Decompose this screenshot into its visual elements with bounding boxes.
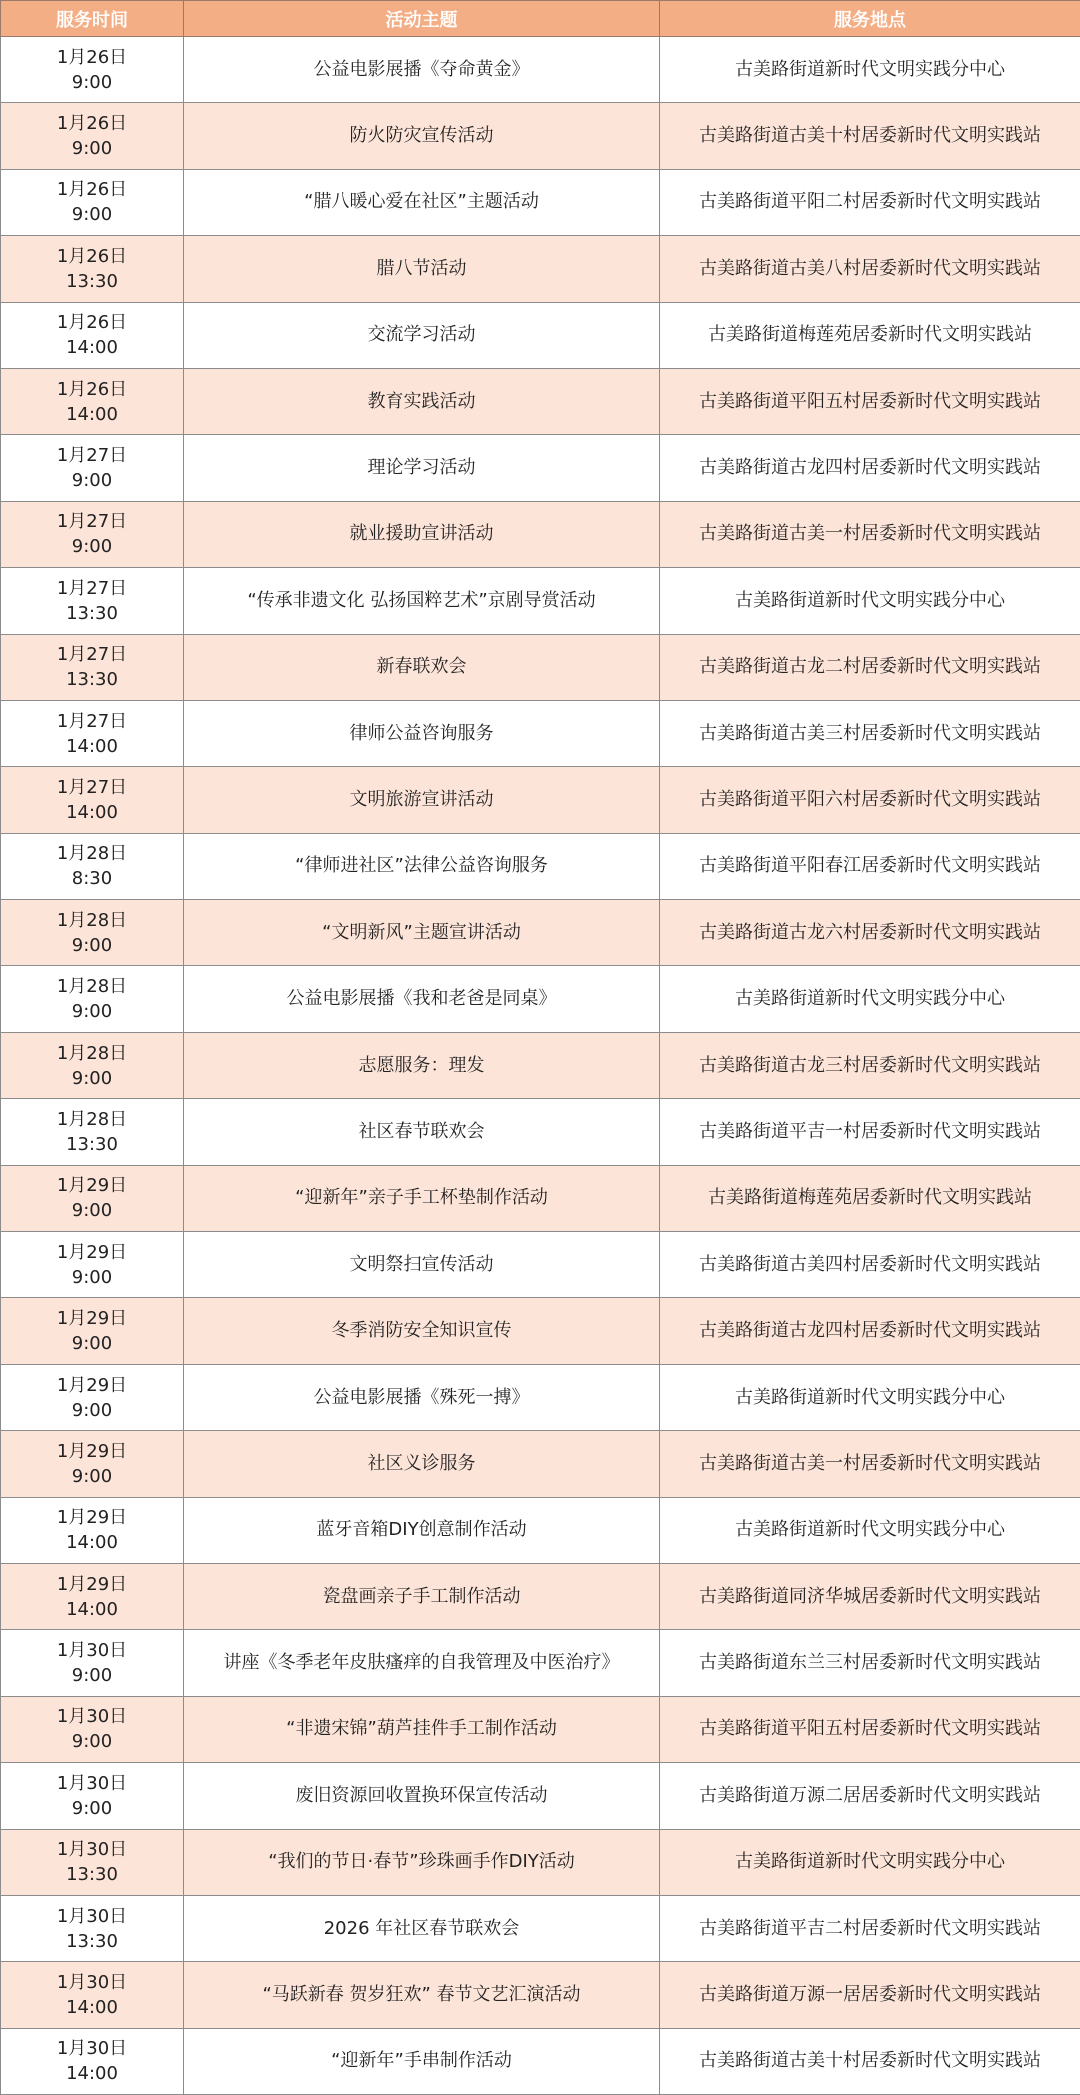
service-date: 1月28日 [5, 908, 179, 933]
service-clock-time: 14:00 [5, 335, 179, 360]
service-time-cell: 1月27日9:00 [1, 501, 184, 567]
service-location-cell: 古美路街道万源一居居委新时代文明实践站 [660, 1962, 1080, 2028]
service-date: 1月26日 [5, 244, 179, 269]
service-date: 1月28日 [5, 1041, 179, 1066]
table-row: 1月28日13:30社区春节联欢会古美路街道平吉一村居委新时代文明实践站 [1, 1099, 1080, 1165]
table-row: 1月26日14:00教育实践活动古美路街道平阳五村居委新时代文明实践站 [1, 368, 1080, 434]
activity-topic-cell: 律师公益咨询服务 [184, 700, 660, 766]
service-time-cell: 1月29日9:00 [1, 1298, 184, 1364]
service-location-cell: 古美路街道古龙三村居委新时代文明实践站 [660, 1032, 1080, 1098]
service-time-cell: 1月30日9:00 [1, 1763, 184, 1829]
service-date: 1月30日 [5, 1970, 179, 1995]
service-location-cell: 古美路街道新时代文明实践分中心 [660, 1829, 1080, 1895]
service-date: 1月27日 [5, 443, 179, 468]
activity-topic-cell: 新春联欢会 [184, 634, 660, 700]
table-row: 1月26日14:00交流学习活动古美路街道梅莲苑居委新时代文明实践站 [1, 302, 1080, 368]
service-clock-time: 13:30 [5, 1929, 179, 1954]
activity-topic-cell: 就业援助宣讲活动 [184, 501, 660, 567]
activity-topic-cell: “迎新年”手串制作活动 [184, 2028, 660, 2094]
table-row: 1月27日14:00律师公益咨询服务古美路街道古美三村居委新时代文明实践站 [1, 700, 1080, 766]
service-clock-time: 9:00 [5, 1663, 179, 1688]
service-clock-time: 13:30 [5, 269, 179, 294]
service-date: 1月29日 [5, 1240, 179, 1265]
activity-topic-cell: 瓷盘画亲子手工制作活动 [184, 1563, 660, 1629]
service-date: 1月29日 [5, 1373, 179, 1398]
activity-topic-cell: 公益电影展播《我和老爸是同桌》 [184, 966, 660, 1032]
service-location-cell: 古美路街道万源二居居委新时代文明实践站 [660, 1763, 1080, 1829]
service-date: 1月28日 [5, 974, 179, 999]
table-body: 1月26日9:00公益电影展播《夺命黄金》古美路街道新时代文明实践分中心1月26… [1, 37, 1080, 2095]
service-time-cell: 1月29日14:00 [1, 1563, 184, 1629]
service-location-cell: 古美路街道新时代文明实践分中心 [660, 966, 1080, 1032]
service-clock-time: 9:00 [5, 468, 179, 493]
table-row: 1月30日13:302026 年社区春节联欢会古美路街道平吉二村居委新时代文明实… [1, 1895, 1080, 1961]
service-location-cell: 古美路街道平阳五村居委新时代文明实践站 [660, 1696, 1080, 1762]
table-row: 1月29日9:00“迎新年”亲子手工杯垫制作活动古美路街道梅莲苑居委新时代文明实… [1, 1165, 1080, 1231]
service-date: 1月30日 [5, 1837, 179, 1862]
service-time-cell: 1月27日13:30 [1, 634, 184, 700]
service-clock-time: 9:00 [5, 1066, 179, 1091]
service-location-cell: 古美路街道平阳六村居委新时代文明实践站 [660, 767, 1080, 833]
service-date: 1月28日 [5, 1107, 179, 1132]
service-clock-time: 9:00 [5, 1729, 179, 1754]
table-row: 1月27日14:00文明旅游宣讲活动古美路街道平阳六村居委新时代文明实践站 [1, 767, 1080, 833]
service-date: 1月30日 [5, 1771, 179, 1796]
activity-topic-cell: 文明祭扫宣传活动 [184, 1232, 660, 1298]
service-location-cell: 古美路街道新时代文明实践分中心 [660, 37, 1080, 103]
table-row: 1月28日9:00“文明新风”主题宣讲活动古美路街道古龙六村居委新时代文明实践站 [1, 900, 1080, 966]
activity-topic-cell: 交流学习活动 [184, 302, 660, 368]
activity-topic-cell: 2026 年社区春节联欢会 [184, 1895, 660, 1961]
table-row: 1月28日9:00公益电影展播《我和老爸是同桌》古美路街道新时代文明实践分中心 [1, 966, 1080, 1032]
service-clock-time: 9:00 [5, 1265, 179, 1290]
table-row: 1月27日9:00就业援助宣讲活动古美路街道古美一村居委新时代文明实践站 [1, 501, 1080, 567]
service-date: 1月27日 [5, 642, 179, 667]
service-date: 1月26日 [5, 45, 179, 70]
activity-topic-cell: 教育实践活动 [184, 368, 660, 434]
service-location-cell: 古美路街道新时代文明实践分中心 [660, 1497, 1080, 1563]
service-time-cell: 1月30日9:00 [1, 1630, 184, 1696]
service-location-cell: 古美路街道古龙二村居委新时代文明实践站 [660, 634, 1080, 700]
service-date: 1月26日 [5, 377, 179, 402]
service-time-cell: 1月27日9:00 [1, 435, 184, 501]
service-location-cell: 古美路街道古龙四村居委新时代文明实践站 [660, 435, 1080, 501]
activity-topic-cell: 公益电影展播《夺命黄金》 [184, 37, 660, 103]
service-location-cell: 古美路街道古龙六村居委新时代文明实践站 [660, 900, 1080, 966]
table-row: 1月30日9:00“非遗宋锦”葫芦挂件手工制作活动古美路街道平阳五村居委新时代文… [1, 1696, 1080, 1762]
service-date: 1月28日 [5, 841, 179, 866]
activity-topic-cell: “律师进社区”法律公益咨询服务 [184, 833, 660, 899]
service-time-cell: 1月26日9:00 [1, 103, 184, 169]
service-time-cell: 1月29日9:00 [1, 1364, 184, 1430]
table-row: 1月30日9:00废旧资源回收置换环保宣传活动古美路街道万源二居居委新时代文明实… [1, 1763, 1080, 1829]
activity-topic-cell: 理论学习活动 [184, 435, 660, 501]
service-time-cell: 1月30日9:00 [1, 1696, 184, 1762]
activity-topic-cell: 蓝牙音箱DIY创意制作活动 [184, 1497, 660, 1563]
service-clock-time: 9:00 [5, 1796, 179, 1821]
service-clock-time: 9:00 [5, 534, 179, 559]
service-location-cell: 古美路街道平吉一村居委新时代文明实践站 [660, 1099, 1080, 1165]
service-clock-time: 13:30 [5, 1862, 179, 1887]
table-row: 1月27日9:00理论学习活动古美路街道古龙四村居委新时代文明实践站 [1, 435, 1080, 501]
activity-topic-cell: “传承非遗文化 弘扬国粹艺术”京剧导赏活动 [184, 568, 660, 634]
service-clock-time: 9:00 [5, 70, 179, 95]
service-date: 1月27日 [5, 775, 179, 800]
service-location-cell: 古美路街道古美十村居委新时代文明实践站 [660, 103, 1080, 169]
service-location-cell: 古美路街道古美八村居委新时代文明实践站 [660, 236, 1080, 302]
service-location-cell: 古美路街道新时代文明实践分中心 [660, 1364, 1080, 1430]
service-clock-time: 14:00 [5, 402, 179, 427]
service-date: 1月30日 [5, 1904, 179, 1929]
service-date: 1月29日 [5, 1439, 179, 1464]
service-location-cell: 古美路街道平阳春江居委新时代文明实践站 [660, 833, 1080, 899]
header-service-time: 服务时间 [1, 1, 184, 37]
service-clock-time: 9:00 [5, 1464, 179, 1489]
service-location-cell: 古美路街道平阳二村居委新时代文明实践站 [660, 169, 1080, 235]
service-time-cell: 1月28日13:30 [1, 1099, 184, 1165]
activity-topic-cell: 冬季消防安全知识宣传 [184, 1298, 660, 1364]
activity-topic-cell: 文明旅游宣讲活动 [184, 767, 660, 833]
table-row: 1月26日9:00防火防灾宣传活动古美路街道古美十村居委新时代文明实践站 [1, 103, 1080, 169]
service-clock-time: 14:00 [5, 800, 179, 825]
service-location-cell: 古美路街道梅莲苑居委新时代文明实践站 [660, 302, 1080, 368]
service-location-cell: 古美路街道古美十村居委新时代文明实践站 [660, 2028, 1080, 2094]
service-date: 1月29日 [5, 1572, 179, 1597]
table-row: 1月27日13:30“传承非遗文化 弘扬国粹艺术”京剧导赏活动古美路街道新时代文… [1, 568, 1080, 634]
service-location-cell: 古美路街道新时代文明实践分中心 [660, 568, 1080, 634]
table-row: 1月26日9:00公益电影展播《夺命黄金》古美路街道新时代文明实践分中心 [1, 37, 1080, 103]
service-time-cell: 1月29日9:00 [1, 1165, 184, 1231]
activity-topic-cell: “非遗宋锦”葫芦挂件手工制作活动 [184, 1696, 660, 1762]
service-clock-time: 9:00 [5, 1331, 179, 1356]
activity-topic-cell: 废旧资源回收置换环保宣传活动 [184, 1763, 660, 1829]
service-time-cell: 1月27日14:00 [1, 700, 184, 766]
service-time-cell: 1月26日9:00 [1, 37, 184, 103]
service-clock-time: 9:00 [5, 933, 179, 958]
service-date: 1月30日 [5, 2036, 179, 2061]
service-date: 1月26日 [5, 310, 179, 335]
service-clock-time: 14:00 [5, 734, 179, 759]
service-date: 1月27日 [5, 509, 179, 534]
service-time-cell: 1月28日9:00 [1, 966, 184, 1032]
service-date: 1月29日 [5, 1173, 179, 1198]
activity-topic-cell: “我们的节日·春节”珍珠画手作DIY活动 [184, 1829, 660, 1895]
activity-topic-cell: 公益电影展播《殊死一搏》 [184, 1364, 660, 1430]
service-clock-time: 9:00 [5, 999, 179, 1024]
activity-topic-cell: 社区义诊服务 [184, 1431, 660, 1497]
activity-topic-cell: 防火防灾宣传活动 [184, 103, 660, 169]
activity-schedule-table: 服务时间 活动主题 服务地点 1月26日9:00公益电影展播《夺命黄金》古美路街… [0, 0, 1080, 2095]
service-time-cell: 1月29日9:00 [1, 1431, 184, 1497]
table-row: 1月30日9:00讲座《冬季老年皮肤瘙痒的自我管理及中医治疗》古美路街道东兰三村… [1, 1630, 1080, 1696]
service-location-cell: 古美路街道古美一村居委新时代文明实践站 [660, 501, 1080, 567]
activity-topic-cell: “腊八暖心爱在社区”主题活动 [184, 169, 660, 235]
table-header: 服务时间 活动主题 服务地点 [1, 1, 1080, 37]
table-row: 1月29日9:00文明祭扫宣传活动古美路街道古美四村居委新时代文明实践站 [1, 1232, 1080, 1298]
service-clock-time: 9:00 [5, 202, 179, 227]
service-location-cell: 古美路街道东兰三村居委新时代文明实践站 [660, 1630, 1080, 1696]
service-clock-time: 14:00 [5, 1597, 179, 1622]
table-row: 1月28日9:00志愿服务：理发古美路街道古龙三村居委新时代文明实践站 [1, 1032, 1080, 1098]
activity-topic-cell: 讲座《冬季老年皮肤瘙痒的自我管理及中医治疗》 [184, 1630, 660, 1696]
service-time-cell: 1月29日14:00 [1, 1497, 184, 1563]
service-time-cell: 1月26日9:00 [1, 169, 184, 235]
table-row: 1月26日9:00“腊八暖心爱在社区”主题活动古美路街道平阳二村居委新时代文明实… [1, 169, 1080, 235]
activity-topic-cell: 腊八节活动 [184, 236, 660, 302]
service-time-cell: 1月27日14:00 [1, 767, 184, 833]
service-clock-time: 13:30 [5, 601, 179, 626]
service-time-cell: 1月30日13:30 [1, 1829, 184, 1895]
table-row: 1月27日13:30新春联欢会古美路街道古龙二村居委新时代文明实践站 [1, 634, 1080, 700]
service-date: 1月27日 [5, 576, 179, 601]
activity-topic-cell: “文明新风”主题宣讲活动 [184, 900, 660, 966]
header-row: 服务时间 活动主题 服务地点 [1, 1, 1080, 37]
service-time-cell: 1月28日8:30 [1, 833, 184, 899]
table-row: 1月29日9:00社区义诊服务古美路街道古美一村居委新时代文明实践站 [1, 1431, 1080, 1497]
service-date: 1月26日 [5, 177, 179, 202]
service-clock-time: 9:00 [5, 1198, 179, 1223]
service-clock-time: 14:00 [5, 1995, 179, 2020]
service-clock-time: 13:30 [5, 1132, 179, 1157]
service-clock-time: 9:00 [5, 1398, 179, 1423]
service-location-cell: 古美路街道古美一村居委新时代文明实践站 [660, 1431, 1080, 1497]
service-time-cell: 1月30日14:00 [1, 1962, 184, 2028]
service-location-cell: 古美路街道古龙四村居委新时代文明实践站 [660, 1298, 1080, 1364]
service-time-cell: 1月26日14:00 [1, 302, 184, 368]
table-row: 1月29日9:00公益电影展播《殊死一搏》古美路街道新时代文明实践分中心 [1, 1364, 1080, 1430]
service-time-cell: 1月30日13:30 [1, 1895, 184, 1961]
table-row: 1月30日13:30“我们的节日·春节”珍珠画手作DIY活动古美路街道新时代文明… [1, 1829, 1080, 1895]
header-service-location: 服务地点 [660, 1, 1080, 37]
service-location-cell: 古美路街道平吉二村居委新时代文明实践站 [660, 1895, 1080, 1961]
service-time-cell: 1月27日13:30 [1, 568, 184, 634]
activity-topic-cell: 社区春节联欢会 [184, 1099, 660, 1165]
service-clock-time: 9:00 [5, 136, 179, 161]
service-date: 1月29日 [5, 1505, 179, 1530]
service-clock-time: 13:30 [5, 667, 179, 692]
activity-topic-cell: “马跃新春 贺岁狂欢” 春节文艺汇演活动 [184, 1962, 660, 2028]
service-location-cell: 古美路街道梅莲苑居委新时代文明实践站 [660, 1165, 1080, 1231]
table-row: 1月30日14:00“迎新年”手串制作活动古美路街道古美十村居委新时代文明实践站 [1, 2028, 1080, 2094]
service-date: 1月30日 [5, 1638, 179, 1663]
table-row: 1月28日8:30“律师进社区”法律公益咨询服务古美路街道平阳春江居委新时代文明… [1, 833, 1080, 899]
service-time-cell: 1月29日9:00 [1, 1232, 184, 1298]
service-location-cell: 古美路街道古美三村居委新时代文明实践站 [660, 700, 1080, 766]
service-time-cell: 1月26日14:00 [1, 368, 184, 434]
header-activity-topic: 活动主题 [184, 1, 660, 37]
service-location-cell: 古美路街道同济华城居委新时代文明实践站 [660, 1563, 1080, 1629]
service-date: 1月26日 [5, 111, 179, 136]
service-date: 1月27日 [5, 709, 179, 734]
table-row: 1月29日14:00蓝牙音箱DIY创意制作活动古美路街道新时代文明实践分中心 [1, 1497, 1080, 1563]
table-row: 1月29日14:00瓷盘画亲子手工制作活动古美路街道同济华城居委新时代文明实践站 [1, 1563, 1080, 1629]
service-clock-time: 14:00 [5, 2061, 179, 2086]
service-time-cell: 1月28日9:00 [1, 900, 184, 966]
service-time-cell: 1月28日9:00 [1, 1032, 184, 1098]
table-row: 1月30日14:00“马跃新春 贺岁狂欢” 春节文艺汇演活动古美路街道万源一居居… [1, 1962, 1080, 2028]
service-time-cell: 1月30日14:00 [1, 2028, 184, 2094]
service-date: 1月30日 [5, 1704, 179, 1729]
service-location-cell: 古美路街道古美四村居委新时代文明实践站 [660, 1232, 1080, 1298]
service-time-cell: 1月26日13:30 [1, 236, 184, 302]
service-clock-time: 14:00 [5, 1530, 179, 1555]
activity-topic-cell: 志愿服务：理发 [184, 1032, 660, 1098]
activity-topic-cell: “迎新年”亲子手工杯垫制作活动 [184, 1165, 660, 1231]
service-date: 1月29日 [5, 1306, 179, 1331]
service-location-cell: 古美路街道平阳五村居委新时代文明实践站 [660, 368, 1080, 434]
service-clock-time: 8:30 [5, 866, 179, 891]
table-row: 1月29日9:00冬季消防安全知识宣传古美路街道古龙四村居委新时代文明实践站 [1, 1298, 1080, 1364]
table-row: 1月26日13:30腊八节活动古美路街道古美八村居委新时代文明实践站 [1, 236, 1080, 302]
